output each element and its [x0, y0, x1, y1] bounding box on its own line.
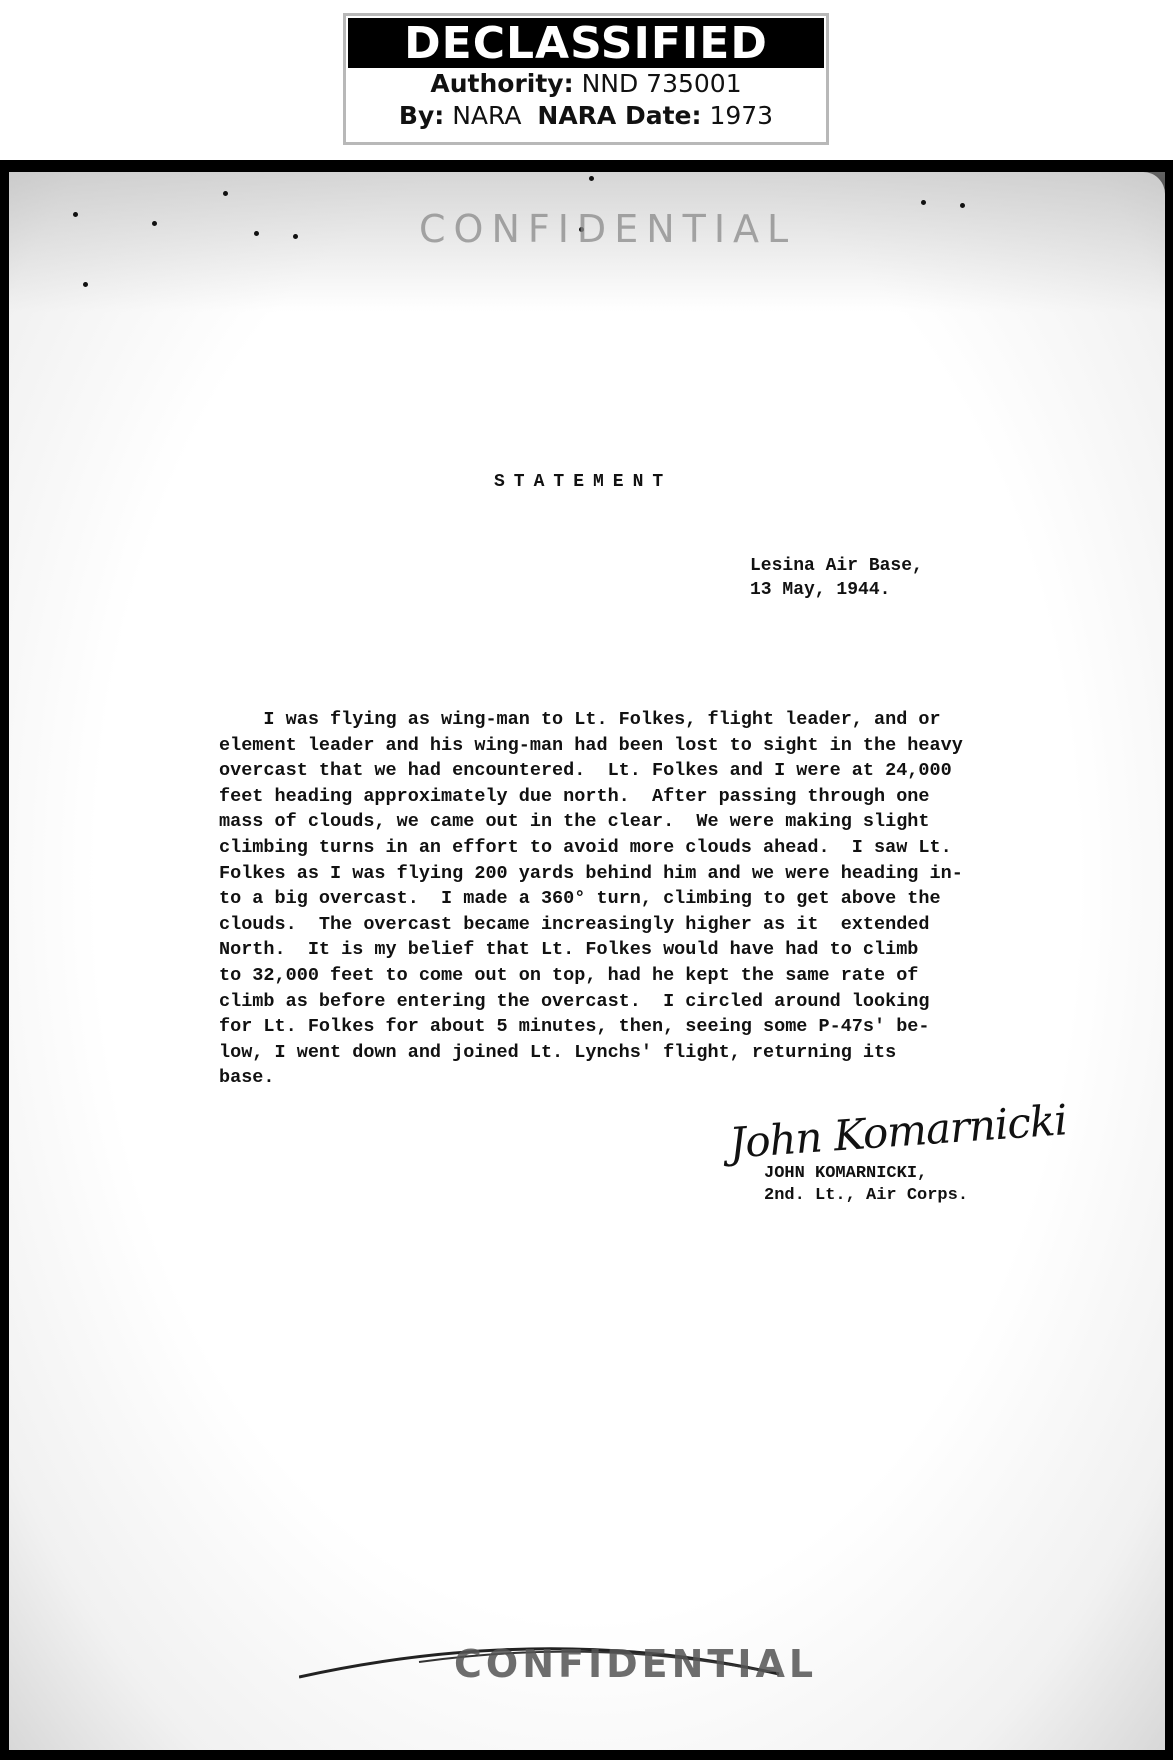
signer-rank: 2nd. Lt., Air Corps. [764, 1186, 968, 1205]
by-label: By: [399, 101, 444, 130]
declassification-stamp: DECLASSIFIED Authority: NND 735001 By: N… [343, 13, 829, 145]
body-line: climbing turns in an effort to avoid mor… [219, 835, 1059, 861]
body-line: feet heading approximately due north. Af… [219, 784, 1059, 810]
speck [960, 203, 965, 208]
speck [293, 234, 298, 239]
speck [589, 176, 594, 181]
authority-value: NND 735001 [582, 69, 742, 98]
date-line: 13 May, 1944. [750, 578, 923, 602]
body-line: I was flying as wing-man to Lt. Folkes, … [219, 707, 1059, 733]
location-line: Lesina Air Base, [750, 554, 923, 578]
speck [921, 200, 926, 205]
body-line: mass of clouds, we came out in the clear… [219, 809, 1059, 835]
body-line: low, I went down and joined Lt. Lynchs' … [219, 1040, 1059, 1066]
classification-stamp-bottom: CONFIDENTIAL [454, 1642, 817, 1686]
by-date-line: By: NARA NARA Date: 1973 [346, 100, 826, 132]
declassified-heading: DECLASSIFIED [348, 18, 824, 68]
document-title: STATEMENT [494, 472, 672, 492]
body-line: North. It is my belief that Lt. Folkes w… [219, 937, 1059, 963]
handwritten-signature: John Komarnicki [728, 1095, 1069, 1167]
speck [83, 282, 88, 287]
body-line: element leader and his wing-man had been… [219, 733, 1059, 759]
speck [73, 212, 78, 217]
speck [254, 231, 259, 236]
authority-label: Authority: [430, 69, 573, 98]
nara-date-value: 1973 [709, 101, 773, 130]
nara-date-label: NARA Date: [537, 101, 701, 130]
location-date: Lesina Air Base, 13 May, 1944. [750, 554, 923, 602]
body-line: base. [219, 1065, 1059, 1091]
speck [223, 191, 228, 196]
body-line: clouds. The overcast became increasingly… [219, 912, 1059, 938]
classification-stamp-top: CONFIDENTIAL [419, 207, 796, 251]
body-line: to a big overcast. I made a 360° turn, c… [219, 886, 1059, 912]
authority-line: Authority: NND 735001 [346, 68, 826, 100]
statement-body: I was flying as wing-man to Lt. Folkes, … [219, 707, 1059, 1091]
by-value: NARA [452, 101, 521, 130]
body-line: climb as before entering the overcast. I… [219, 989, 1059, 1015]
body-line: to 32,000 feet to come out on top, had h… [219, 963, 1059, 989]
body-line: overcast that we had encountered. Lt. Fo… [219, 758, 1059, 784]
document-page: CONFIDENTIAL STATEMENT Lesina Air Base, … [9, 172, 1165, 1750]
body-line: for Lt. Folkes for about 5 minutes, then… [219, 1014, 1059, 1040]
signer-name: JOHN KOMARNICKI, [764, 1162, 927, 1186]
body-line: Folkes as I was flying 200 yards behind … [219, 861, 1059, 887]
speck [152, 221, 157, 226]
scan-frame: CONFIDENTIAL STATEMENT Lesina Air Base, … [0, 160, 1173, 1760]
